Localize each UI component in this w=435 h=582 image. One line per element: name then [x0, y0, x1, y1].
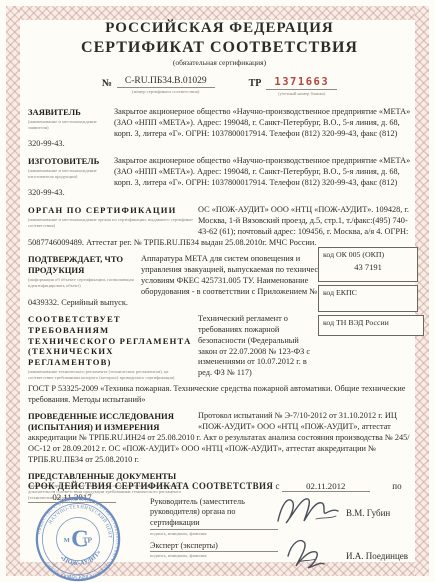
expert-signature — [280, 532, 328, 574]
blank-number-value: 1371663 — [266, 76, 337, 90]
code-box-ekps: код ЕКПС — [318, 285, 418, 312]
section-applicant: ЗАЯВИТЕЛЬ (наименование и местонахождени… — [28, 107, 411, 150]
expert-role-block: Эксперт (эксперты) подпись, инициалы, фа… — [150, 541, 278, 558]
stamp-city-text: • МОСКВА • — [64, 574, 92, 580]
code-ekps-label: код ЕКПС — [323, 288, 413, 297]
number-sign: № — [102, 76, 112, 89]
gost-text: ГОСТ Р 53325-2009 «Техника пожарная. Тех… — [28, 384, 411, 406]
certificate-title: СЕРТИФИКАТ СООТВЕТСТВИЯ — [28, 39, 411, 57]
product-label-block: ПОДТВЕРЖДАЕТ, ЧТО ПРОДУКЦИЯ (информация … — [28, 254, 141, 288]
code-tnved-label: код ТН ВЭД России — [323, 318, 419, 327]
certificate-subtitle: (обязательная сертификация) — [28, 58, 411, 67]
cert-number-caption: (номер сертификата соответствия) — [117, 89, 215, 94]
border-ornament-left — [6, 6, 20, 576]
head-role-block: Руководитель (заместитель руководителя) … — [150, 497, 278, 536]
expert-sign-caption: подпись, инициалы, фамилия — [150, 553, 278, 558]
head-name: В.М. Губин — [346, 508, 390, 518]
cert-number-value: C-RU.ПБ34.В.01029 — [117, 76, 215, 88]
blank-number-caption: (учетный номер бланка) — [266, 91, 337, 96]
country-title: РОССИЙСКАЯ ФЕДЕРАЦИЯ — [28, 20, 411, 37]
number-row: № C-RU.ПБ34.В.01029 (номер сертификата с… — [28, 76, 411, 96]
code-okp-label: код ОК 005 (ОКП) — [323, 250, 413, 259]
manufacturer-caption: (наименование и местонахождение изготови… — [28, 168, 109, 180]
expert-name: И.А. Поединцев — [346, 551, 408, 561]
tests-label-block: ПРОВЕДЕННЫЕ ИССЛЕДОВАНИЯ (ИСПЫТАНИЯ) И И… — [28, 411, 198, 432]
code-box-tnved: код ТН ВЭД России — [318, 315, 424, 336]
stamp-mark-sub: ТР — [83, 536, 93, 545]
head-sign-caption: подпись, инициалы, фамилия — [150, 531, 278, 537]
code-okp-value: 43 7191 — [323, 262, 413, 272]
blank-number-group: ТР 1371663 (учетный номер бланка) — [249, 76, 338, 96]
manufacturer-label-block: ИЗГОТОВИТЕЛЬ (наименование и местонахожд… — [28, 156, 114, 180]
stamp-mark-pre: М — [64, 537, 70, 544]
section-manufacturer: ИЗГОТОВИТЕЛЬ (наименование и местонахожд… — [28, 156, 411, 199]
blank-number-field: 1371663 (учетный номер бланка) — [266, 76, 337, 96]
cert-number-group: № C-RU.ПБ34.В.01029 (номер сертификата с… — [102, 76, 215, 96]
head-role-text: Руководитель (заместитель руководителя) … — [150, 497, 278, 530]
validity-to-label: по — [392, 481, 401, 491]
head-signature — [272, 489, 344, 529]
tests-label: ПРОВЕДЕННЫЕ ИССЛЕДОВАНИЯ (ИСПЫТАНИЯ) И И… — [28, 411, 193, 432]
certification-body-label: ОРГАН ПО СЕРТИФИКАЦИИ — [28, 205, 193, 216]
code-box-okp: код ОК 005 (ОКП) 43 7191 — [318, 247, 418, 282]
certification-body-label-block: ОРГАН ПО СЕРТИФИКАЦИИ (наименование и ме… — [28, 205, 198, 229]
cert-number-field: C-RU.ПБ34.В.01029 (номер сертификата соо… — [117, 76, 215, 94]
manufacturer-label: ИЗГОТОВИТЕЛЬ — [28, 156, 109, 167]
border-ornament-top — [6, 6, 429, 20]
certification-body-caption: (наименование и местонахождение органа п… — [28, 217, 193, 229]
applicant-caption: (наименование и местонахождение заявител… — [28, 119, 109, 131]
applicant-label-block: ЗАЯВИТЕЛЬ (наименование и местонахождени… — [28, 107, 114, 131]
expert-role-text: Эксперт (эксперты) — [150, 541, 278, 552]
section-certification-body: ОРГАН ПО СЕРТИФИКАЦИИ (наименование и ме… — [28, 205, 411, 248]
compliance-label-block: СООТВЕТСТВУЕТ ТРЕБОВАНИЯМ ТЕХНИЧЕСКОГО Р… — [28, 314, 198, 381]
compliance-caption: (наименование технического регламента (т… — [28, 369, 193, 381]
certification-body-stamp: ОБЩЕСТВО С ОГРАНИЧЕННОЙ ОТВЕТСТВЕННОСТЬЮ… — [28, 496, 128, 582]
certificate-page: РОССИЙСКАЯ ФЕДЕРАЦИЯ СЕРТИФИКАТ СООТВЕТС… — [0, 0, 435, 582]
product-label: ПОДТВЕРЖДАЕТ, ЧТО ПРОДУКЦИЯ — [28, 254, 136, 275]
applicant-label: ЗАЯВИТЕЛЬ — [28, 107, 109, 118]
compliance-label: СООТВЕТСТВУЕТ ТРЕБОВАНИЯМ ТЕХНИЧЕСКОГО Р… — [28, 314, 193, 368]
validity-label: СРОК ДЕЙСТВИЯ СЕРТИФИКАТА СООТВЕТСТВИЯ — [28, 481, 273, 491]
section-tests: ПРОВЕДЕННЫЕ ИССЛЕДОВАНИЯ (ИСПЫТАНИЯ) И И… — [28, 411, 411, 465]
tr-label: ТР — [249, 76, 262, 89]
product-caption: (информация об объекте сертификации, поз… — [28, 277, 136, 289]
